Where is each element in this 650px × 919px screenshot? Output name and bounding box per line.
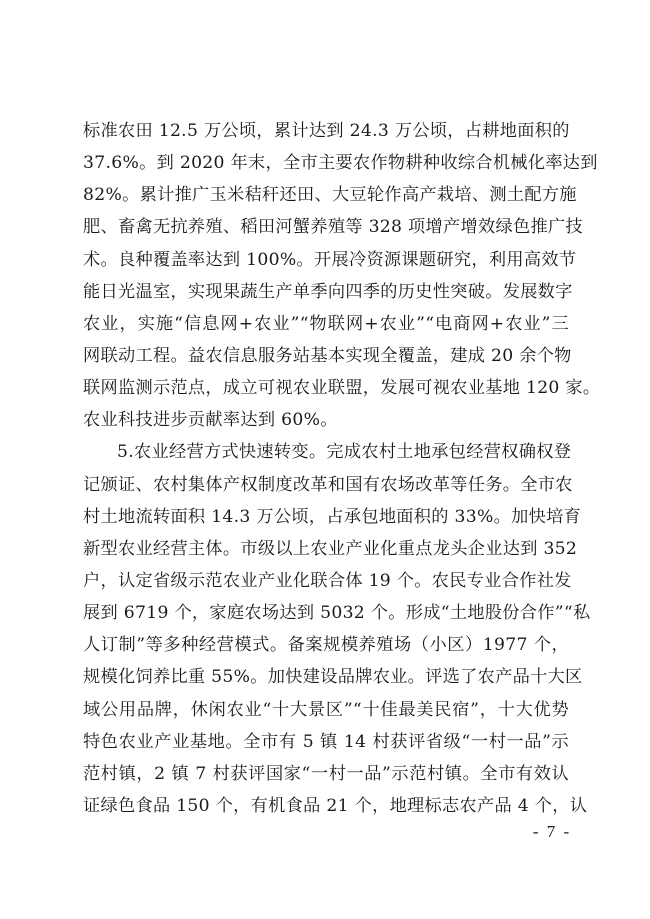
text-line: 域公用品牌，休闲农业“十大景区”“十佳最美民宿”，十大优势 (83, 694, 569, 726)
paragraph-agri-tech: 标准农田 12.5 万公顷，累计达到 24.3 万公顷，占耕地面积的 37.6%… (83, 115, 569, 436)
text-line: 联网监测示范点，成立可视农业联盟，发展可视农业基地 120 家。 (83, 372, 569, 404)
text-line: 新型农业经营主体。市级以上农业产业化重点龙头企业达到 352 (83, 533, 569, 565)
text-line: 肥、畜禽无抗养殖、稻田河蟹养殖等 328 项增产增效绿色推广技 (83, 211, 569, 243)
text-line: 82%。累计推广玉米秸秆还田、大豆轮作高产栽培、测土配方施 (83, 179, 569, 211)
text-line: 规模化饲养比重 55%。加快建设品牌农业。评选了农产品十大区 (83, 661, 569, 693)
text-line: 证绿色食品 150 个，有机食品 21 个，地理标志农产品 4 个，认 (83, 790, 569, 822)
text-line: 37.6%。到 2020 年末，全市主要农作物耕种收综合机械化率达到 (83, 147, 569, 179)
text-line: 标准农田 12.5 万公顷，累计达到 24.3 万公顷，占耕地面积的 (83, 115, 569, 147)
text-line: 术。良种覆盖率达到 100%。开展冷资源课题研究，利用高效节 (83, 244, 569, 276)
text-line: 能日光温室，实现果蔬生产单季向四季的历史性突破。发展数字 (83, 276, 569, 308)
text-line: 展到 6719 个，家庭农场达到 5032 个。形成“土地股份合作”“私 (83, 597, 569, 629)
text-line: 农业科技进步贡献率达到 60%。 (83, 404, 569, 436)
text-line: 记颁证、农村集体产权制度改革和国有农场改革等任务。全市农 (83, 469, 569, 501)
page-number: - 7 - (527, 822, 577, 842)
section-heading-line: 5.农业经营方式快速转变。完成农村土地承包经营权确权登 (83, 436, 569, 468)
text-line: 农业，实施“信息网+农业”“物联网+农业”“电商网+农业”三 (83, 308, 569, 340)
text-line: 特色农业产业基地。全市有 5 镇 14 村获评省级“一村一品”示 (83, 726, 569, 758)
paragraph-agri-operation: 5.农业经营方式快速转变。完成农村土地承包经营权确权登 记颁证、农村集体产权制度… (83, 436, 569, 822)
text-line: 村土地流转面积 14.3 万公顷，占承包地面积的 33%。加快培育 (83, 501, 569, 533)
text-line: 范村镇，2 镇 7 村获评国家“一村一品”示范村镇。全市有效认 (83, 758, 569, 790)
text-line: 人订制”等多种经营模式。备案规模养殖场（小区）1977 个， (83, 629, 569, 661)
text-line: 户，认定省级示范农业产业化联合体 19 个。农民专业合作社发 (83, 565, 569, 597)
text-line: 网联动工程。益农信息服务站基本实现全覆盖，建成 20 余个物 (83, 340, 569, 372)
document-page: 标准农田 12.5 万公顷，累计达到 24.3 万公顷，占耕地面积的 37.6%… (0, 0, 650, 919)
body-text: 标准农田 12.5 万公顷，累计达到 24.3 万公顷，占耕地面积的 37.6%… (83, 115, 569, 822)
